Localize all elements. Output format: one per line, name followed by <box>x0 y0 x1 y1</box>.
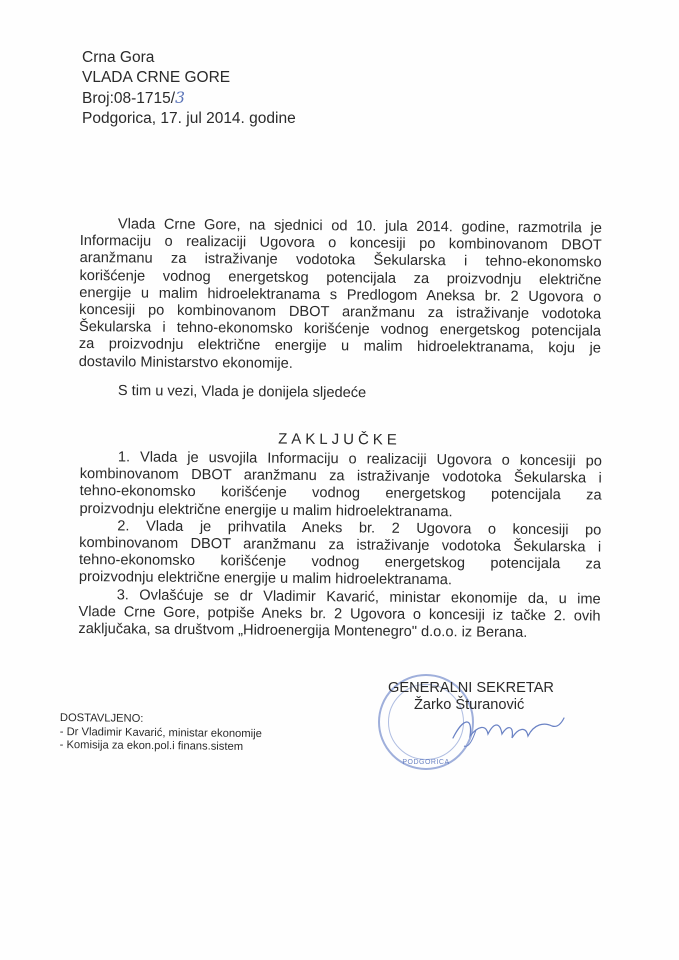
distribution-title: DOSTAVLJENO: <box>60 712 262 728</box>
stamp-text: PODGORICA <box>380 759 472 766</box>
document-number: Broj:08-1715/3 <box>82 88 296 109</box>
conclusions-title: ZAKLJUČKE <box>0 428 679 451</box>
conclusion-item-1: 1. Vlada je usvojila Informaciju o reali… <box>79 449 602 522</box>
distribution-list: DOSTAVLJENO: - Dr Vladimir Kavarić, mini… <box>60 712 262 755</box>
intro-paragraph: Vlada Crne Gore, na sjednici od 10. jula… <box>79 216 602 375</box>
document-number-prefix: Broj:08-1715/ <box>82 90 175 107</box>
document-page: Crna Gora VLADA CRNE GORE Broj:08-1715/3… <box>0 0 679 960</box>
handwritten-signature-icon <box>448 708 568 748</box>
handwritten-number: 3 <box>175 89 185 107</box>
conclusion-item-2: 2. Vlada je prihvatila Aneks br. 2 Ugovo… <box>79 518 602 591</box>
government-name: VLADA CRNE GORE <box>82 68 296 88</box>
conclusions-list: 1. Vlada je usvojila Informaciju o reali… <box>78 449 602 643</box>
conclusion-item-3: 3. Ovlašćuje se dr Vladimir Kavarić, min… <box>78 587 600 643</box>
conclusion-line: zaključaka, sa društvom „Hidroenergija M… <box>78 621 600 643</box>
lead-sentence: S tim u vezi, Vlada je donijela sljedeće <box>118 383 640 405</box>
document-header: Crna Gora VLADA CRNE GORE Broj:08-1715/3… <box>82 48 296 129</box>
place-date: Podgorica, 17. jul 2014. godine <box>82 109 296 129</box>
distribution-item: - Komisija za ekon.pol.i finans.sistem <box>60 739 262 755</box>
signatory-title: GENERALNI SEKRETAR <box>388 680 554 697</box>
country-name: Crna Gora <box>82 48 296 68</box>
